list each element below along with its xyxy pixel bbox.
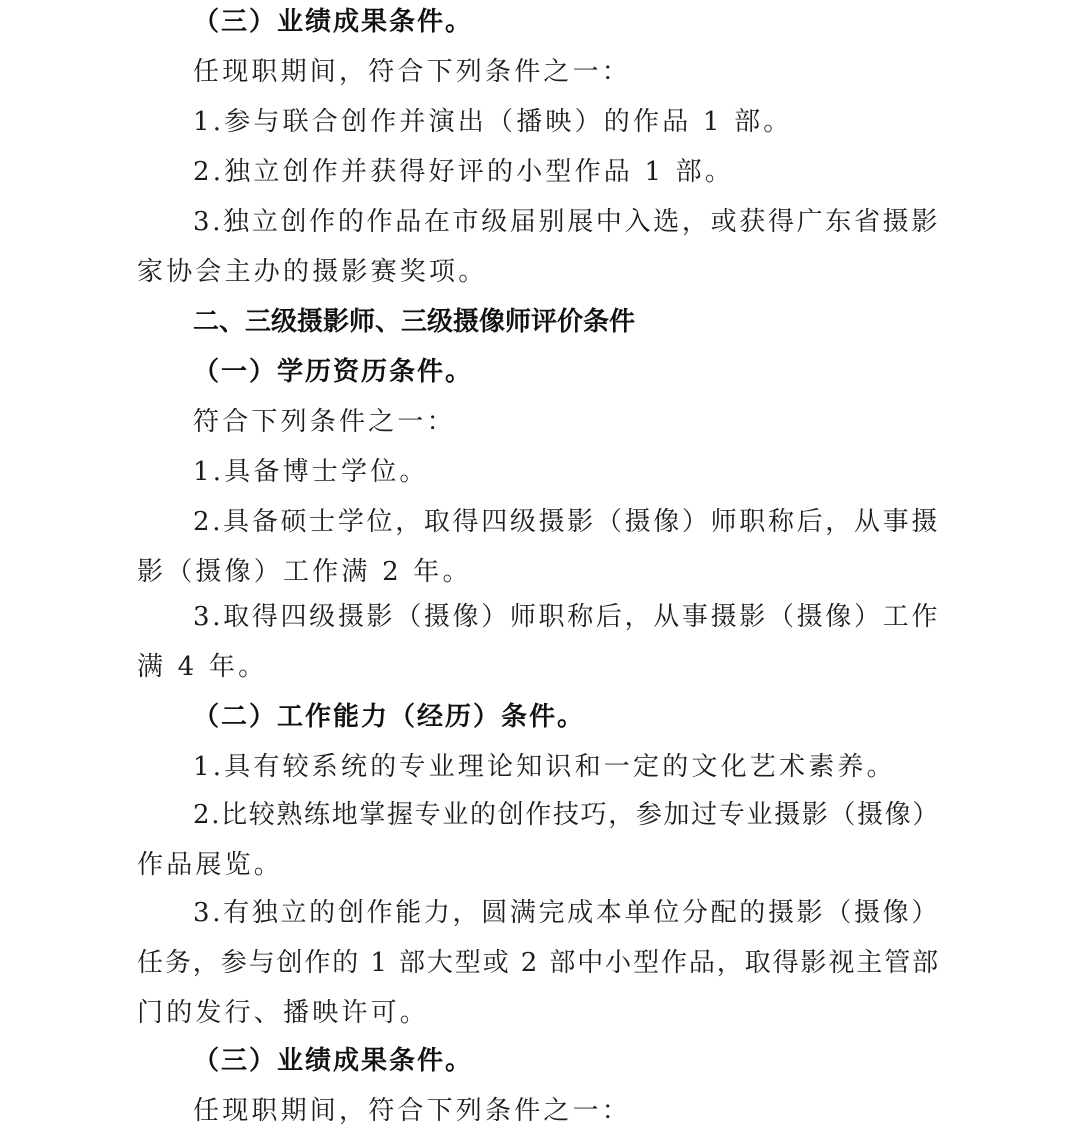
paragraph-line: 3.取得四级摄影（摄像）师职称后，从事摄影（摄像）工作 bbox=[193, 602, 940, 632]
paragraph-line: 3.有独立的创作能力，圆满完成本单位分配的摄影（摄像） bbox=[193, 898, 940, 928]
paragraph-line: 1.具有较系统的专业理论知识和一定的文化艺术素养。 bbox=[193, 752, 896, 782]
paragraph-line: 1.参与联合创作并演出（播映）的作品 1 部。 bbox=[193, 107, 792, 137]
paragraph-line: 2.独立创作并获得好评的小型作品 1 部。 bbox=[193, 157, 734, 187]
paragraph-line: 符合下列条件之一： bbox=[193, 407, 456, 437]
paragraph-line: 3.独立创作的作品在市级届别展中入选，或获得广东省摄影 bbox=[193, 207, 940, 237]
paragraph-line: 任现职期间，符合下列条件之一： bbox=[193, 57, 631, 87]
paragraph-line: 影（摄像）工作满 2 年。 bbox=[137, 557, 472, 587]
paragraph-line: 作品展览。 bbox=[137, 850, 283, 880]
paragraph-line: 家协会主办的摄影赛奖项。 bbox=[137, 257, 487, 287]
document-page: （三）业绩成果条件。任现职期间，符合下列条件之一：1.参与联合创作并演出（播映）… bbox=[0, 0, 1080, 1126]
paragraph-line: 任务，参与创作的 1 部大型或 2 部中小型作品，取得影视主管部 bbox=[137, 948, 940, 978]
subsection-heading: （一）学历资历条件。 bbox=[193, 357, 473, 387]
section-heading: 二、三级摄影师、三级摄像师评价条件 bbox=[193, 307, 635, 337]
paragraph-line: 2.比较熟练地掌握专业的创作技巧，参加过专业摄影（摄像） bbox=[193, 800, 940, 830]
paragraph-line: 2.具备硕士学位，取得四级摄影（摄像）师职称后，从事摄 bbox=[193, 507, 940, 537]
paragraph-line: 门的发行、播映许可。 bbox=[137, 998, 429, 1028]
subsection-heading: （三）业绩成果条件。 bbox=[193, 7, 473, 37]
paragraph-line: 任现职期间，符合下列条件之一： bbox=[193, 1096, 631, 1126]
paragraph-line: 满 4 年。 bbox=[137, 652, 267, 682]
paragraph-line: 1.具备博士学位。 bbox=[193, 457, 429, 487]
subsection-heading: （二）工作能力（经历）条件。 bbox=[193, 702, 585, 732]
subsection-heading: （三）业绩成果条件。 bbox=[193, 1046, 473, 1076]
